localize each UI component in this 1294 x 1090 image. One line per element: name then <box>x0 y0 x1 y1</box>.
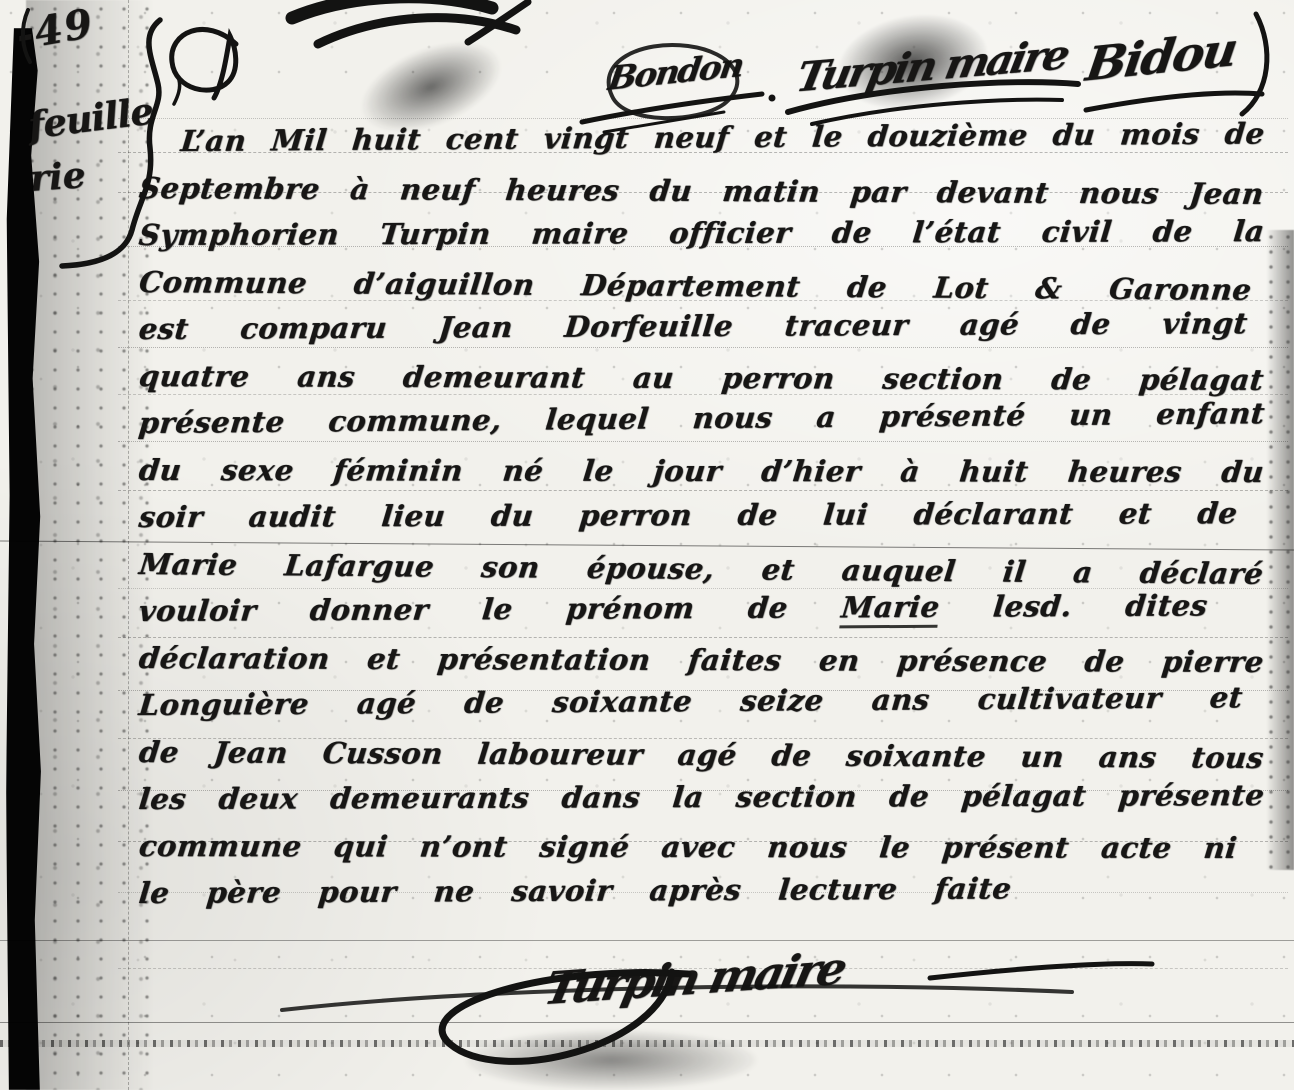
bottom-signature-tail <box>930 964 1152 978</box>
cropped-top-signature-stroke <box>468 2 528 42</box>
signature-bondon: Bondon <box>606 45 745 97</box>
cropped-top-signature-stroke <box>318 18 516 44</box>
ink-smudge <box>466 1030 756 1090</box>
body-line-9: soir audit lieu du perron de lui déclara… <box>136 496 1239 547</box>
body-line-11: vouloir donner le prénom de Marie lesd. … <box>136 588 1209 641</box>
body-line-1: L’an Mil huit cent vingt neuf et le douz… <box>178 116 1266 171</box>
capital-curl-flourish <box>172 29 236 98</box>
margin-note-name-fragment-rie: rie <box>29 154 87 200</box>
scan-line <box>0 940 1294 941</box>
line11-suffix: lesd. dites <box>938 588 1209 623</box>
scanned-civil-record-page: -49 feuille rie Bondon Turpin maire Bido… <box>0 0 1294 1090</box>
body-line-3: Symphorien Turpin maire officier de l’ét… <box>136 214 1266 265</box>
apostrophe-stroke <box>174 80 180 104</box>
signature-bidou: Bidou <box>1083 23 1240 93</box>
margin-rule-line <box>128 0 129 1090</box>
body-line-13: Longuière agé de soixante seize ans cult… <box>136 680 1244 735</box>
child-given-name-underlined: Marie <box>839 590 941 629</box>
body-line-5: est comparu Jean Dorfeuille traceur agé … <box>136 306 1249 359</box>
bidou-right-curl <box>1242 14 1267 114</box>
signature-turpin-maire-bottom: Turpin maire <box>540 942 850 1015</box>
body-line-17: le père pour ne savoir après lecture fai… <box>136 871 1013 923</box>
body-line-15: les deux demeurants dans la section de p… <box>136 778 1266 829</box>
scan-line <box>0 1022 1294 1023</box>
act-body-text: L’an Mil huit cent vingt neuf et le douz… <box>136 124 1261 923</box>
bottom-scan-streak <box>0 1040 1294 1047</box>
line11-prefix: vouloir donner le prénom de <box>137 590 843 628</box>
ink-dot <box>769 95 776 102</box>
margin-record-number: -49 <box>13 0 98 59</box>
body-line-7: présente commune, lequel nous a présenté… <box>136 396 1267 453</box>
bidou-swash <box>1086 93 1262 110</box>
body-line-8: du sexe féminin né le jour d’hier à huit… <box>136 453 1266 502</box>
cropped-top-signature-stroke <box>292 0 492 18</box>
signature-turpin-maire-top: Turpin maire <box>792 31 1071 102</box>
body-line-16: commune qui n’ont signé avec nous le pré… <box>136 829 1239 878</box>
